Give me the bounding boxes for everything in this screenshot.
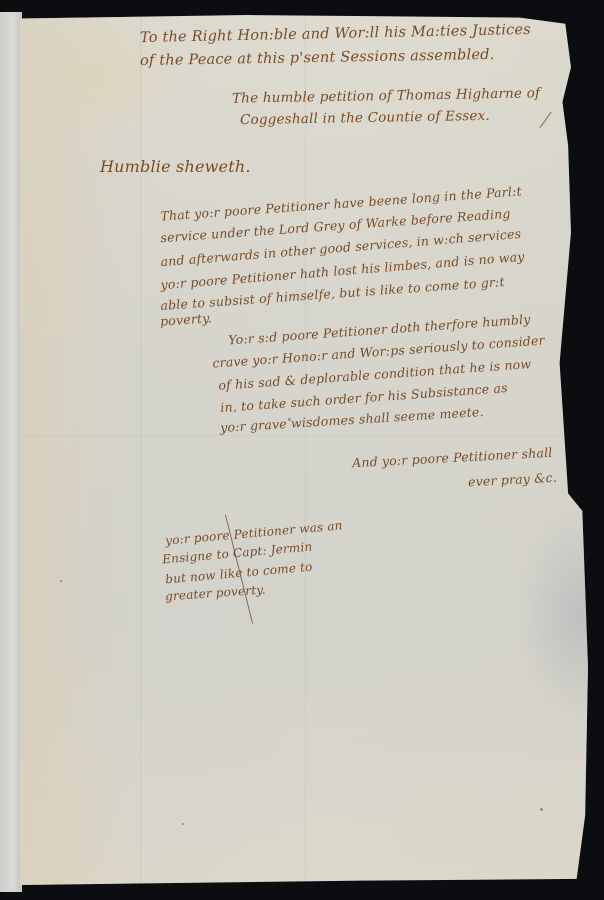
- binding-guard-strip: [0, 12, 22, 892]
- paper-speck: [540, 808, 543, 811]
- paper-fold-line: [305, 15, 306, 885]
- scan-viewport: To the Right Hon:ble and Wor:ll his Ma:t…: [0, 0, 604, 900]
- paper-speck: [60, 580, 62, 582]
- paper-fold-line: [20, 435, 588, 436]
- paper-speck: [288, 418, 291, 421]
- paper-speck: [182, 823, 184, 825]
- petition-heading: Humblie sheweth.: [100, 157, 251, 176]
- paper-fold-line: [140, 15, 141, 885]
